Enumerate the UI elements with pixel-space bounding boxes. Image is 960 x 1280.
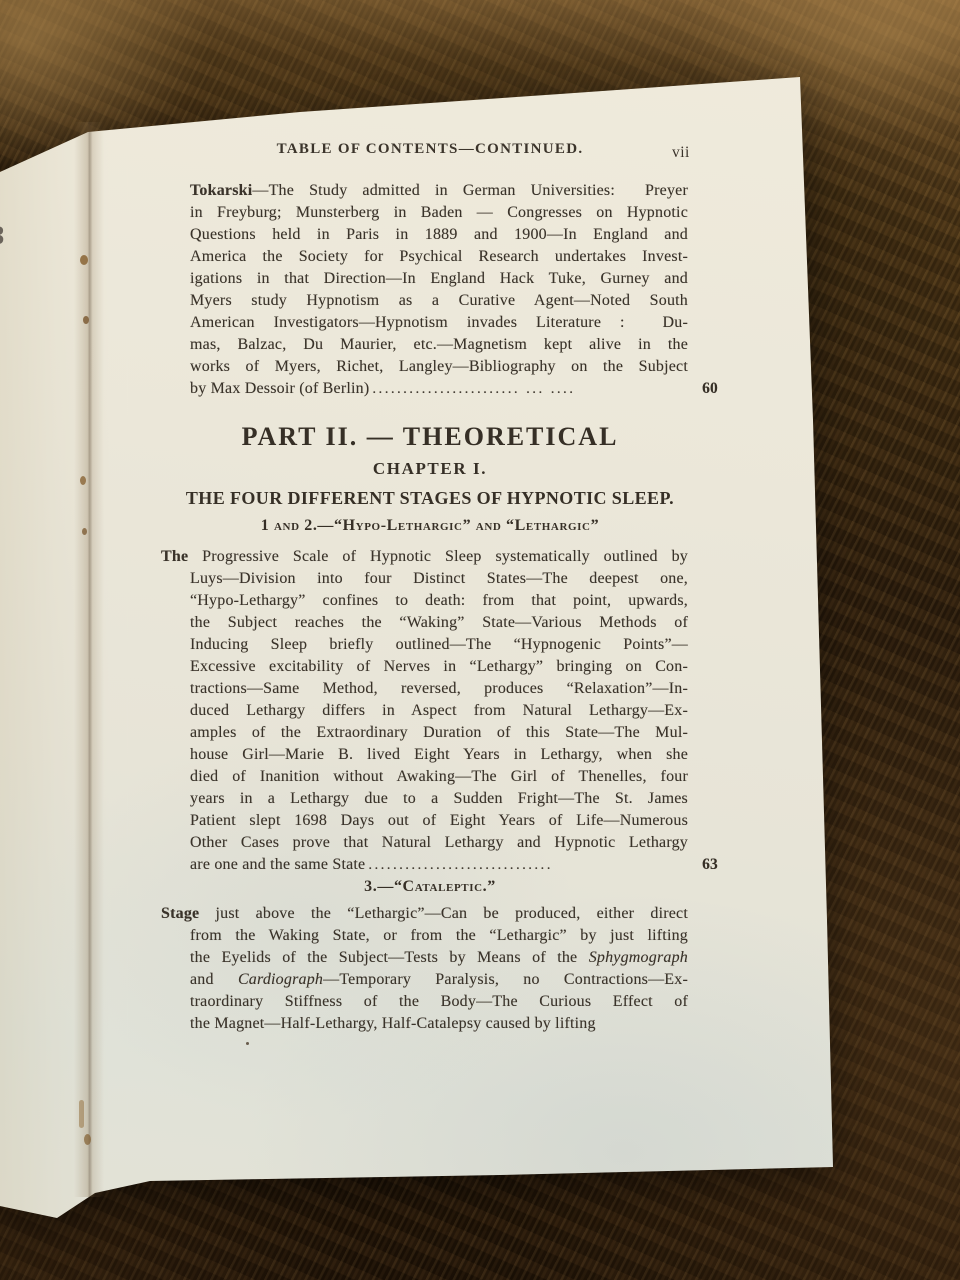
toc-line: died of Inanition without Awaking—The Gi…: [190, 766, 688, 788]
toc-line: Inducing Sleep briefly outlined—The “Hyp…: [190, 634, 688, 656]
leader-dots: ........................ ... ....: [369, 378, 702, 400]
toc-line: Myers study Hypnotism as a Curative Agen…: [190, 290, 688, 312]
page-content: 3 TABLE OF CONTENTS—CONTINUED. vii Tokar…: [0, 0, 960, 1280]
chapter-heading: CHAPTER I.: [165, 459, 695, 479]
toc-line-text: —Temporary Paralysis, no Contractions—Ex…: [323, 971, 688, 988]
toc-line: the Magnet—Half-Lethargy, Half-Catalepsy…: [190, 1013, 688, 1035]
part-heading: PART II. — THEORETICAL: [165, 422, 695, 452]
toc-leader-line: by Max Dessoir (of Berlin)..............…: [190, 378, 718, 400]
toc-line: traordinary Stiffness of the Body—The Cu…: [190, 991, 688, 1013]
toc-line: Luys—Division into four Distinct States—…: [190, 568, 688, 590]
chapter-title: THE FOUR DIFFERENT STAGES OF HYPNOTIC SL…: [165, 488, 695, 509]
section-heading-hypo-lethargic: 1 and 2.—“Hypo-Lethargic” and “Lethargic…: [165, 517, 695, 535]
entry-lead-rest: just above the “Lethargic”—Can be produc…: [199, 905, 688, 922]
page-ref: 63: [702, 854, 718, 876]
toc-line: “Hypo-Lethargy” confines to death: from …: [190, 590, 688, 612]
toc-line: Stage just above the “Lethargic”—Can be …: [161, 903, 688, 925]
toc-line: Other Cases prove that Natural Lethargy …: [190, 832, 688, 854]
toc-line: igations in that Direction—In England Ha…: [190, 268, 688, 290]
italic-term-sphygmograph: Sphygmograph: [589, 949, 688, 966]
toc-line: the Eyelids of the Subject—Tests by Mean…: [190, 947, 688, 969]
toc-line: house Girl—Marie B. lived Eight Years in…: [190, 744, 688, 766]
toc-line: Patient slept 1698 Days out of Eight Yea…: [190, 810, 688, 832]
toc-line: Excessive excitability of Nerves in “Let…: [190, 656, 688, 678]
toc-entry-tokarski: Tokarski—The Study admitted in German Un…: [190, 180, 688, 400]
toc-line: and Cardiograph—Temporary Paralysis, no …: [190, 969, 688, 991]
entry-lead-rest: Progressive Scale of Hypnotic Sleep syst…: [188, 548, 688, 565]
toc-line: The Progressive Scale of Hypnotic Sleep …: [161, 546, 688, 568]
folio-page-number: vii: [672, 144, 716, 162]
entry-lead-word: Tokarski: [190, 182, 252, 199]
entry-lead-word: The: [161, 548, 188, 565]
toc-line: years in a Lethargy due to a Sudden Frig…: [190, 788, 688, 810]
toc-line: from the Waking State, or from the “Leth…: [190, 925, 688, 947]
toc-line: in Freyburg; Munsterberg in Baden — Cong…: [190, 202, 688, 224]
toc-line-text: by Max Dessoir (of Berlin): [190, 378, 369, 400]
toc-line: amples of the Extraordinary Duration of …: [190, 722, 688, 744]
toc-line-text: are one and the same State: [190, 854, 365, 876]
toc-line: duced Lethargy differs in Aspect from Na…: [190, 700, 688, 722]
leader-dots: ..............................: [365, 854, 702, 876]
toc-line: Questions held in Paris in 1889 and 1900…: [190, 224, 688, 246]
toc-line: works of Myers, Richet, Langley—Bibliogr…: [190, 356, 688, 378]
photo-of-open-book: 3 TABLE OF CONTENTS—CONTINUED. vii Tokar…: [0, 0, 960, 1280]
entry-lead-word: Stage: [161, 905, 199, 922]
toc-line-text: the Eyelids of the Subject—Tests by Mean…: [190, 949, 589, 966]
toc-line: Tokarski—The Study admitted in German Un…: [190, 180, 688, 202]
toc-leader-line: are one and the same State..............…: [190, 854, 718, 876]
page-ref: 60: [702, 378, 718, 400]
italic-term-cardiograph: Cardiograph: [238, 971, 323, 988]
toc-entry-cataleptic: Stage just above the “Lethargic”—Can be …: [190, 903, 688, 1035]
toc-line: American Investigators—Hypnotism invades…: [190, 312, 688, 334]
toc-line: tractions—Same Method, reversed, produce…: [190, 678, 688, 700]
toc-line: the Subject reaches the “Waking” State—V…: [190, 612, 688, 634]
running-header: TABLE OF CONTENTS—CONTINUED.: [180, 141, 680, 158]
toc-line: America the Society for Psychical Resear…: [190, 246, 688, 268]
section-heading-cataleptic: 3.—“Cataleptic.”: [165, 878, 695, 896]
previous-page-numeral-bleed: 3: [0, 220, 6, 252]
toc-line-text: and: [190, 971, 238, 988]
toc-entry-stages: The Progressive Scale of Hypnotic Sleep …: [190, 546, 688, 876]
entry-lead-rest: —The Study admitted in German Universiti…: [252, 182, 688, 199]
toc-line: mas, Balzac, Du Maurier, etc.—Magnetism …: [190, 334, 688, 356]
